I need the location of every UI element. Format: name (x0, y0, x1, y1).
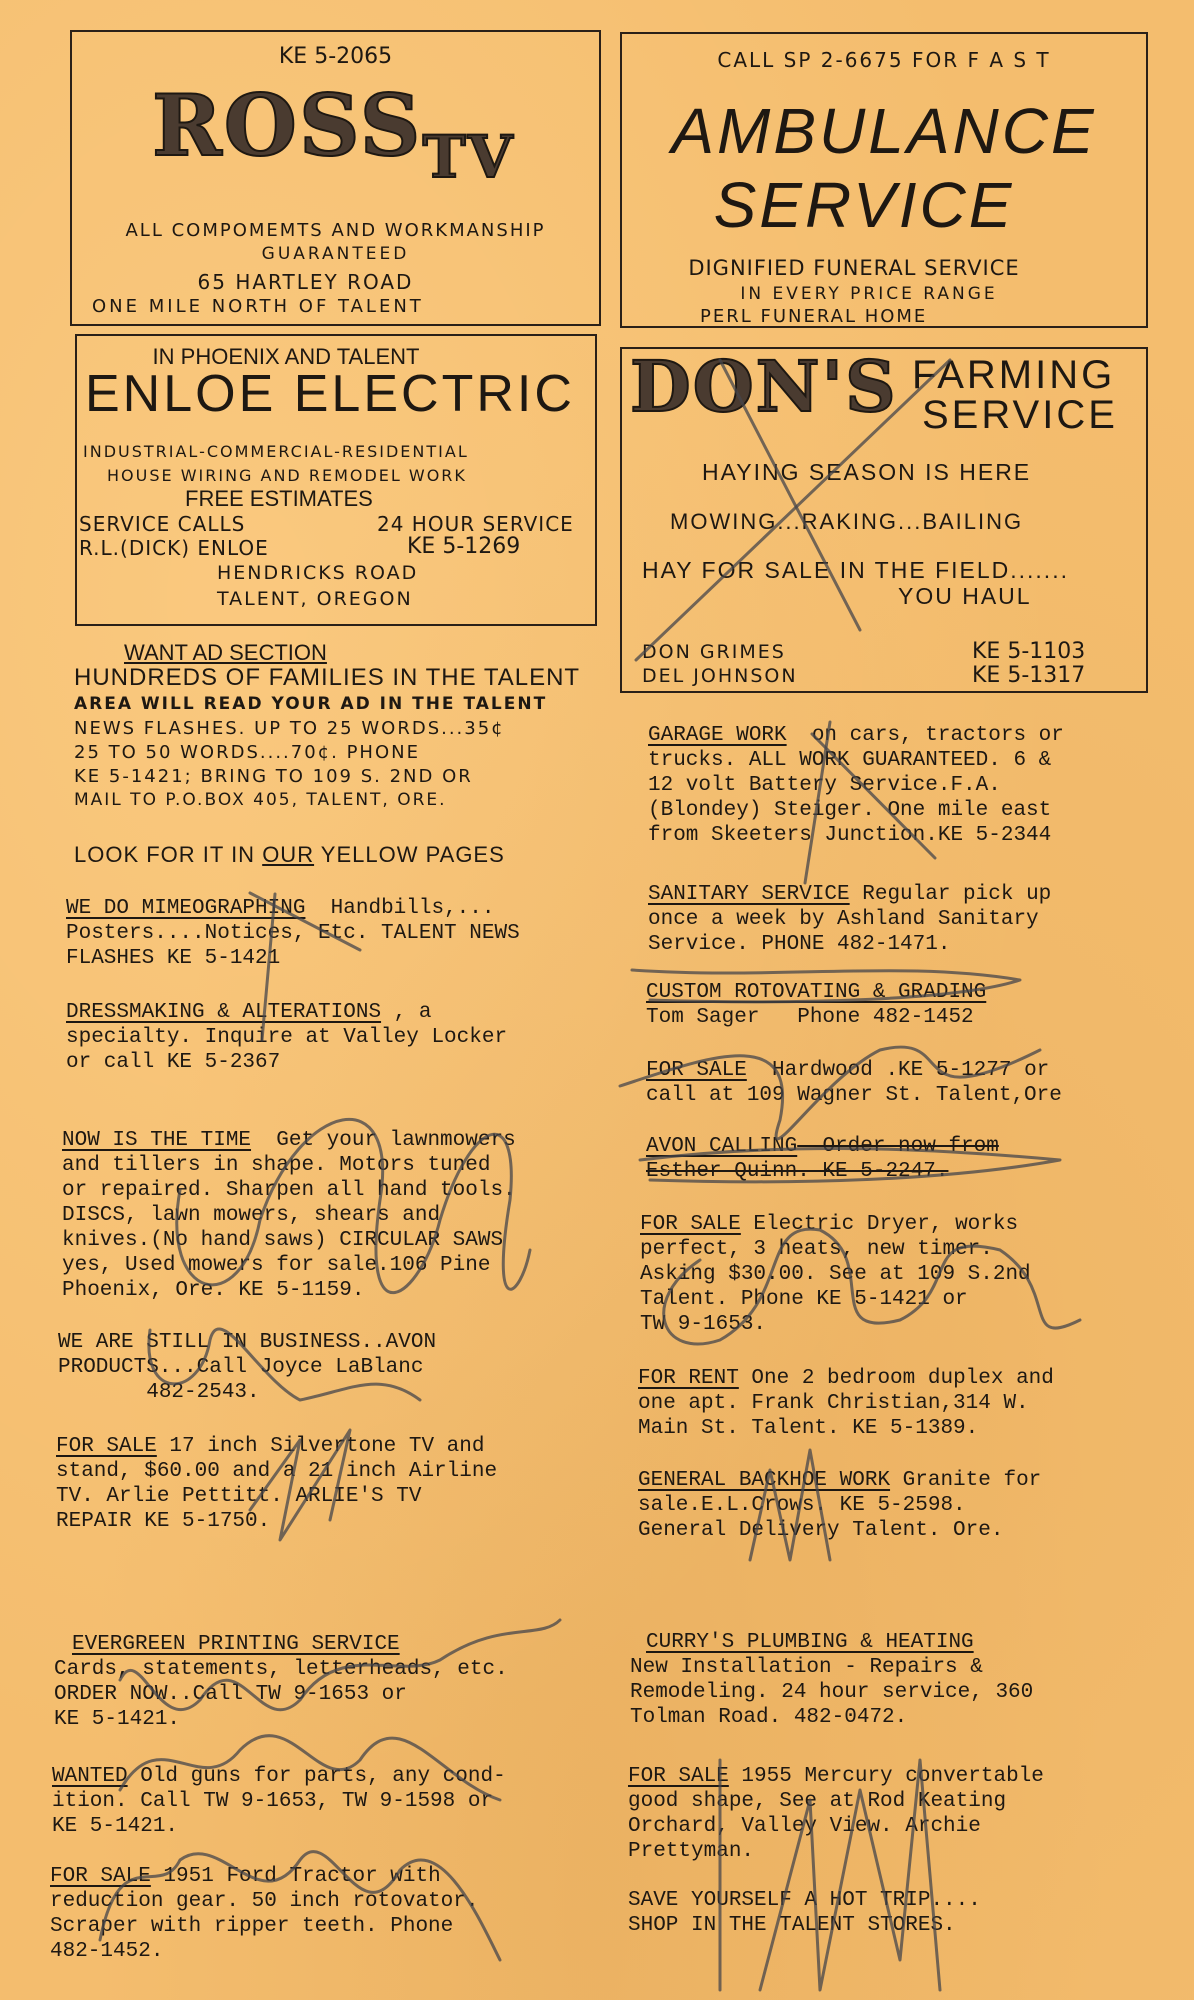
dons-line2: MOWING...RAKING...BAILING (670, 509, 1023, 535)
ambulance-call-line: CALL SP 2-6675 FOR F A S T (622, 48, 1146, 72)
ross-logo-sub: TV (422, 123, 514, 191)
dons-logo: DON'S (630, 345, 898, 428)
dons-contact-1-name: DON GRIMES (642, 641, 786, 663)
enloe-line3: HOUSE WIRING AND REMODEL WORK (107, 466, 467, 485)
ross-logo-main: ROSS (152, 76, 422, 175)
want-ad-line-3: NEWS FLASHES. UP TO 25 WORDS...35¢ (74, 718, 505, 739)
classified-tv-for-sale: FOR SALE 17 inch Silvertone TV and stand… (56, 1434, 497, 1534)
enloe-service-calls: SERVICE CALLS (79, 512, 245, 536)
dons-title-2: SERVICE (922, 393, 1118, 438)
classified-electric-dryer: FOR SALE Electric Dryer, works perfect, … (640, 1212, 1031, 1337)
want-ad-line-1: HUNDREDS OF FAMILIES IN THE TALENT (74, 664, 580, 692)
dons-contact-2-phone: KE 5-1317 (972, 663, 1085, 688)
classified-mercury-convertable: FOR SALE 1955 Mercury convertable good s… (628, 1764, 1044, 1864)
ross-line4: ONE MILE NORTH OF TALENT (92, 296, 424, 317)
tagline-emphasis: OUR (262, 842, 314, 867)
ross-logo: ROSSTV (152, 76, 515, 175)
dons-contact-1-phone: KE 5-1103 (972, 639, 1085, 664)
classified-currys-plumbing: CURRY'S PLUMBING & HEATING New Installat… (630, 1630, 1033, 1730)
ross-line2: GUARANTEED (72, 244, 599, 264)
enloe-24-hour: 24 HOUR SERVICE (377, 512, 574, 536)
enloe-title: ENLOE ELECTRIC (85, 364, 575, 424)
classified-ford-tractor: FOR SALE 1951 Ford Tractor with reductio… (50, 1864, 478, 1964)
ross-phone: KE 5-2065 (72, 44, 599, 69)
dons-line4: YOU HAUL (898, 583, 1032, 610)
enloe-phone: KE 5-1269 (407, 534, 520, 559)
ambulance-line3: IN EVERY PRICE RANGE (622, 284, 1116, 304)
classified-garage-work: GARAGE WORK on cars, tractors or trucks.… (648, 723, 1064, 848)
enloe-line4: FREE ESTIMATES (185, 486, 373, 512)
classified-sanitary-service: SANITARY SERVICE Regular pick up once a … (648, 882, 1051, 957)
classified-for-rent: FOR RENT One 2 bedroom duplex and one ap… (638, 1366, 1054, 1441)
ambulance-line4: PERL FUNERAL HOME (700, 306, 927, 327)
classified-evergreen-printing: EVERGREEN PRINTING SERVICE Cards, statem… (54, 1632, 508, 1732)
want-ad-line-2: AREA WILL READ YOUR AD IN THE TALENT (74, 694, 547, 714)
dons-title-1: FARMING (912, 353, 1115, 398)
want-ad-line-6: MAIL TO P.O.BOX 405, TALENT, ORE. (74, 790, 447, 810)
want-ad-tagline: LOOK FOR IT IN OUR YELLOW PAGES (74, 842, 505, 868)
ad-enloe-electric: IN PHOENIX AND TALENT ENLOE ELECTRIC IND… (75, 334, 597, 626)
dons-line3: HAY FOR SALE IN THE FIELD....... (642, 557, 1069, 584)
classified-dressmaking: DRESSMAKING & ALTERATIONS , a specialty.… (66, 1000, 507, 1075)
enloe-line2: INDUSTRIAL-COMMERCIAL-RESIDENTIAL (83, 442, 469, 461)
classified-now-is-the-time: NOW IS THE TIME Get your lawnmowers and … (62, 1128, 516, 1303)
closing-slogan: SAVE YOURSELF A HOT TRIP.... SHOP IN THE… (628, 1888, 981, 1938)
classified-hardwood: FOR SALE Hardwood .KE 5-1277 or call at … (646, 1058, 1062, 1108)
want-ad-heading: WANT AD SECTION (124, 640, 327, 666)
classified-avon-products: WE ARE STILL IN BUSINESS..AVON PRODUCTS.… (58, 1330, 436, 1405)
classified-backhoe-work: GENERAL BACKHOE WORK Granite for sale.E.… (638, 1468, 1041, 1543)
ad-ambulance: CALL SP 2-6675 FOR F A S T AMBULANCE SER… (620, 32, 1148, 328)
classified-custom-rotovating: CUSTOM ROTOVATING & GRADING Tom Sager Ph… (646, 980, 986, 1030)
ad-dons-farming: DON'S FARMING SERVICE HAYING SEASON IS H… (620, 347, 1148, 693)
classified-avon-calling: AVON CALLING Order now from Esther Quinn… (646, 1134, 999, 1184)
ambulance-title: AMBULANCE (622, 94, 1146, 168)
classified-wanted-guns: WANTED Old guns for parts, any cond- iti… (52, 1764, 506, 1839)
ambulance-line2: DIGNIFIED FUNERAL SERVICE (622, 256, 1086, 280)
want-ad-line-4: 25 TO 50 WORDS....70¢. PHONE (74, 742, 420, 763)
enloe-address1: HENDRICKS ROAD (217, 562, 418, 584)
tagline-pre: LOOK FOR IT IN (74, 842, 262, 867)
ad-ross-tv: KE 5-2065 ROSSTV ALL COMPOMEMTS AND WORK… (70, 30, 601, 326)
classified-mimeographing: WE DO MIMEOGRAPHING Handbills,... Poster… (66, 896, 520, 971)
ambulance-title-2: SERVICE (622, 168, 1106, 242)
want-ad-line-5: KE 5-1421; BRING TO 109 S. 2ND OR (74, 766, 473, 787)
ross-line3: 65 HARTLEY ROAD (72, 270, 539, 294)
ross-line1: ALL COMPOMEMTS AND WORKMANSHIP (72, 220, 599, 241)
tagline-post: YELLOW PAGES (314, 842, 505, 867)
enloe-owner: R.L.(DICK) ENLOE (79, 536, 269, 560)
dons-line1: HAYING SEASON IS HERE (702, 459, 1031, 486)
dons-contact-2-name: DEL JOHNSON (642, 665, 798, 687)
enloe-address2: TALENT, OREGON (217, 588, 413, 610)
